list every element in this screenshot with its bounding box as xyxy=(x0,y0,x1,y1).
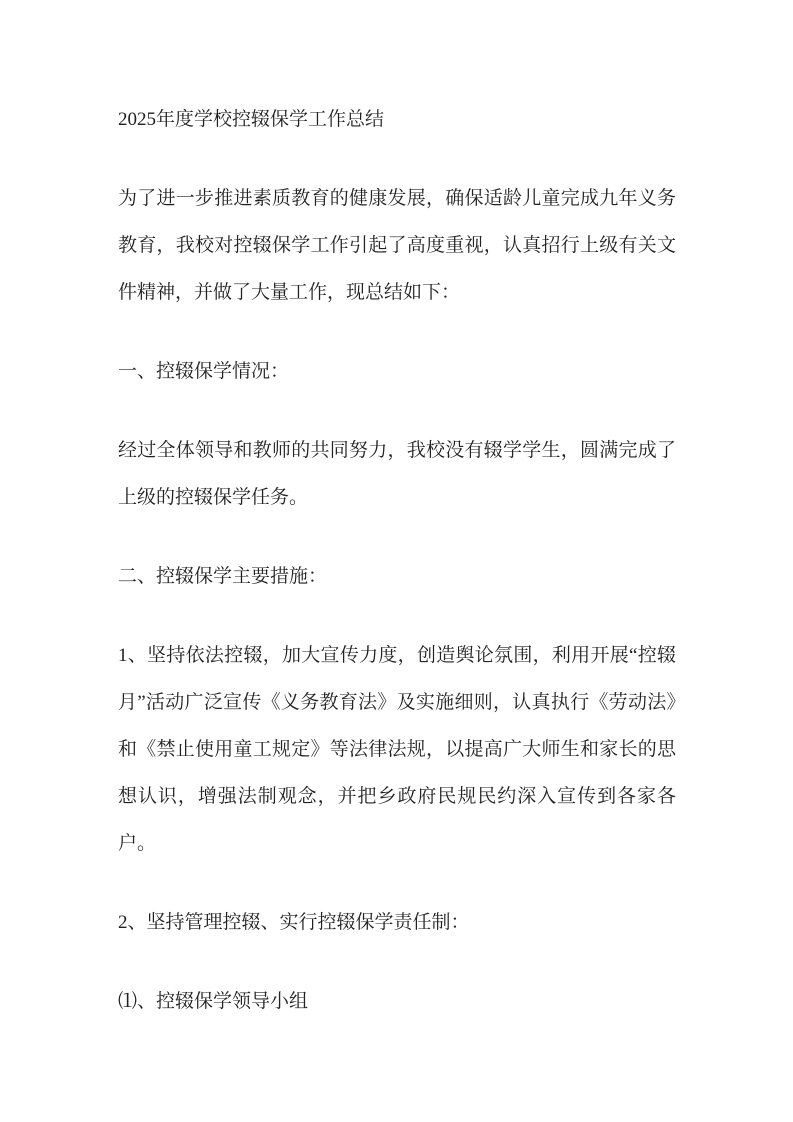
paragraph-leading-group: ⑴、控辍保学领导小组 xyxy=(118,978,676,1025)
document-title: 2025年度学校控辍保学工作总结 xyxy=(118,96,676,143)
heading-section-one: 一、控辍保学情况： xyxy=(118,348,676,395)
document-page: 2025年度学校控辍保学工作总结 为了进一步推进素质教育的健康发展，确保适龄儿童… xyxy=(0,0,793,1122)
paragraph-measure-1: 1、坚持依法控辍，加大宣传力度，创造舆论氛围，利用开展“控辍月”活动广泛宣传《义… xyxy=(118,632,676,867)
paragraph-measure-2: 2、坚持管理控辍、实行控辍保学责任制： xyxy=(118,899,676,946)
paragraph-section-one-body: 经过全体领导和教师的共同努力，我校没有辍学学生，圆满完成了上级的控辍保学任务。 xyxy=(118,427,676,521)
paragraph-intro: 为了进一步推进素质教育的健康发展，确保适龄儿童完成九年义务教育，我校对控辍保学工… xyxy=(118,175,676,316)
heading-section-two: 二、控辍保学主要措施： xyxy=(118,553,676,600)
